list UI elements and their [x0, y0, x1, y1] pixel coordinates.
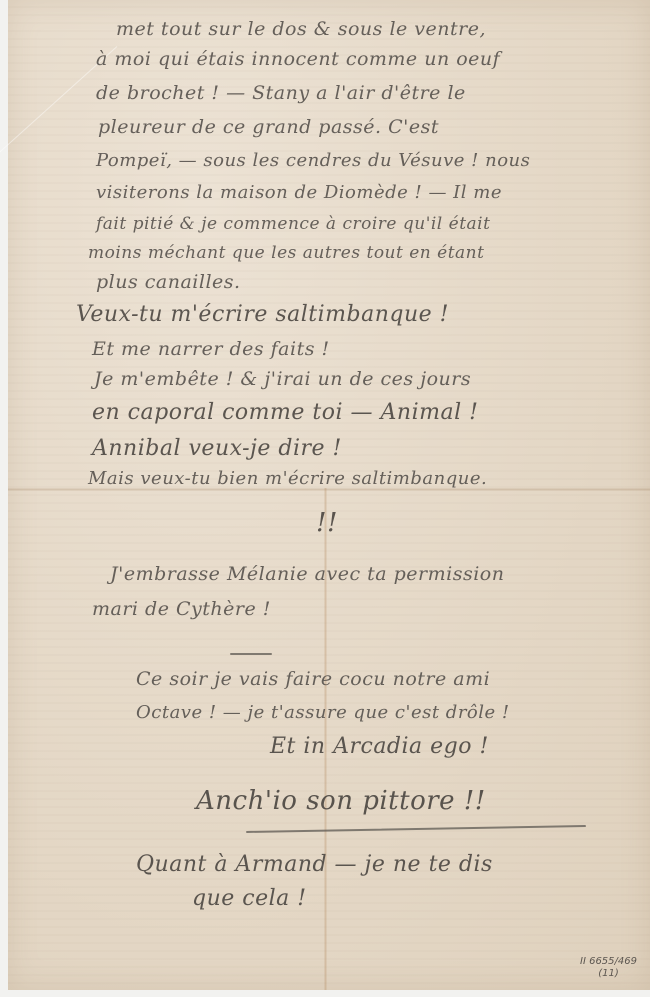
- handwritten-line: mari de Cythère !: [92, 598, 271, 620]
- short-rule: [230, 653, 272, 655]
- handwritten-line: Et me narrer des faits !: [92, 338, 330, 360]
- handwritten-line: Anch'io son pittore !!: [196, 786, 486, 816]
- shelfmark-number: II 6655/469: [580, 956, 637, 968]
- handwritten-line: Veux-tu m'écrire saltimbanque !: [76, 302, 449, 327]
- handwritten-line: Je m'embête ! & j'irai un de ces jours: [94, 368, 471, 390]
- handwritten-line: met tout sur le dos & sous le ventre,: [116, 18, 486, 40]
- long-rule: [246, 825, 586, 833]
- handwritten-line: J'embrasse Mélanie avec ta permission: [110, 563, 504, 585]
- letter-page: met tout sur le dos & sous le ventre, à …: [8, 0, 650, 990]
- handwritten-line: moins méchant que les autres tout en éta…: [88, 243, 484, 263]
- handwritten-line: Annibal veux-je dire !: [92, 436, 342, 461]
- handwritten-line: à moi qui étais innocent comme un oeuf: [96, 48, 500, 70]
- handwritten-line: Ce soir je vais faire cocu notre ami: [136, 668, 490, 690]
- handwritten-line: de brochet ! — Stany a l'air d'être le: [96, 82, 466, 104]
- handwritten-line: en caporal comme toi — Animal !: [92, 400, 478, 425]
- handwritten-line: plus canailles.: [96, 271, 241, 293]
- handwritten-line: Octave ! — je t'assure que c'est drôle !: [136, 702, 510, 723]
- handwritten-line: Quant à Armand — je ne te dis: [136, 852, 493, 877]
- handwritten-line: Pompeï, — sous les cendres du Vésuve ! n…: [96, 150, 530, 171]
- handwritten-line: fait pitié & je commence à croire qu'il …: [96, 214, 490, 234]
- handwritten-line: pleureur de ce grand passé. C'est: [98, 116, 439, 138]
- shelfmark-folio: (11): [580, 968, 637, 980]
- archive-shelfmark: II 6655/469 (11): [580, 956, 637, 980]
- handwritten-line: que cela !: [192, 886, 307, 911]
- handwritten-line: Mais veux-tu bien m'écrire saltimbanque.: [88, 468, 487, 489]
- handwritten-exclamation: !!: [316, 508, 338, 538]
- handwritten-line: Et in Arcadia ego !: [270, 734, 489, 759]
- scan-bottom-margin: [0, 990, 650, 997]
- handwritten-line: visiterons la maison de Diomède ! — Il m…: [96, 182, 502, 203]
